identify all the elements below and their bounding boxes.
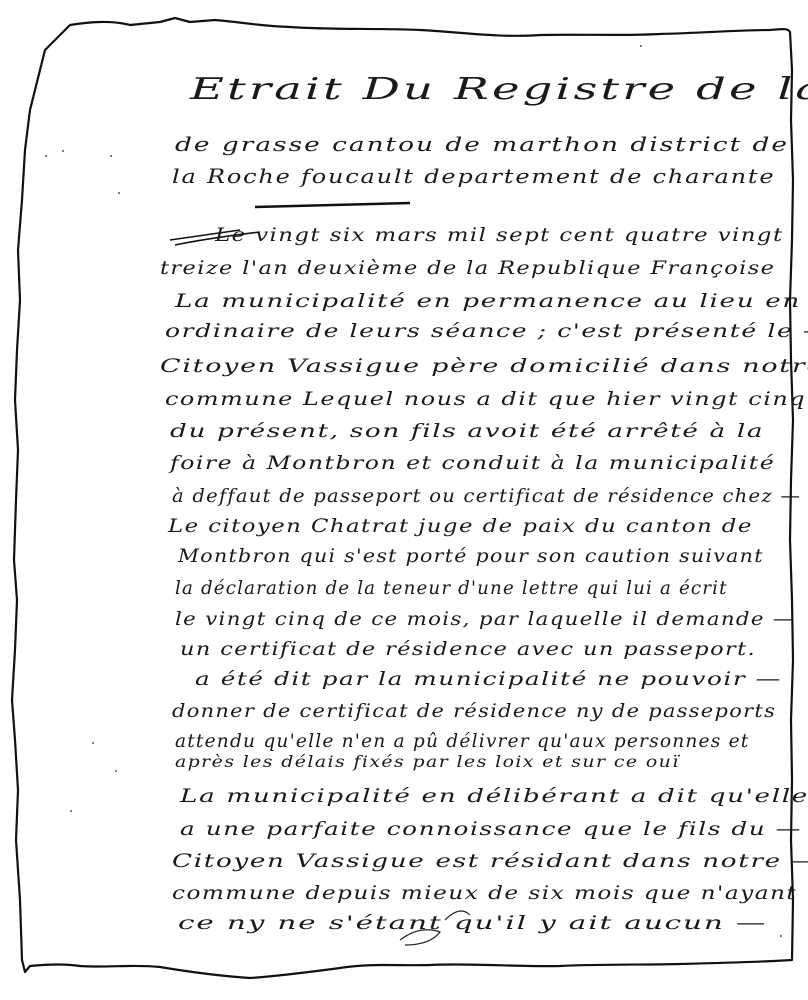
body-line-13: le vingt cinq de ce mois, par laquelle i… bbox=[175, 608, 796, 630]
body-line-10: Le citoyen Chatrat juge de paix du canto… bbox=[168, 515, 753, 537]
body-line-18: après les délais fixés par les loix et s… bbox=[175, 752, 680, 771]
paper-speck bbox=[45, 155, 47, 157]
body-line-12: la déclaration de la teneur d'une lettre… bbox=[175, 577, 728, 599]
body-line-20: a une parfaite connoissance que le fils … bbox=[180, 818, 802, 840]
document-title: Etrait Du Registre de la municipalité bbox=[190, 72, 808, 107]
body-line-19: La municipalité en délibérant a dit qu'e… bbox=[180, 785, 808, 807]
body-line-15: a été dit par la municipalité ne pouvoir… bbox=[195, 668, 782, 690]
body-line-6: commune Lequel nous a dit que hier vingt… bbox=[165, 388, 806, 410]
body-line-3: La municipalité en permanence au lieu en bbox=[175, 290, 801, 312]
paper-speck bbox=[118, 192, 120, 194]
paper-speck bbox=[115, 770, 117, 772]
body-line-17: attendu qu'elle n'en a pû délivrer qu'au… bbox=[175, 730, 749, 752]
body-line-9: à deffaut de passeport ou certificat de … bbox=[172, 485, 801, 507]
body-line-4: ordinaire de leurs séance ; c'est présen… bbox=[165, 320, 808, 342]
body-line-7: du présent, son fils avoit été arrêté à … bbox=[170, 420, 764, 442]
paper-speck bbox=[640, 45, 642, 47]
body-line-2: treize l'an deuxième de la Republique Fr… bbox=[160, 257, 775, 279]
body-line-23: ce ny ne s'étant qu'il y ait aucun — bbox=[178, 912, 767, 934]
body-line-11: Montbron qui s'est porté pour son cautio… bbox=[178, 545, 764, 567]
body-line-14: un certificat de résidence avec un passe… bbox=[180, 638, 756, 660]
paper-speck bbox=[62, 150, 64, 152]
body-line-16: donner de certificat de résidence ny de … bbox=[172, 700, 776, 722]
paper-speck bbox=[780, 935, 782, 937]
paper-speck bbox=[70, 810, 72, 812]
body-line-8: foire à Montbron et conduit à la municip… bbox=[170, 452, 775, 474]
paper-speck bbox=[110, 155, 112, 157]
manuscript-page: Etrait Du Registre de la municipalité de… bbox=[0, 0, 808, 1000]
header-line-2: de grasse cantou de marthon district de bbox=[175, 132, 789, 156]
paper-speck bbox=[92, 742, 94, 744]
body-line-1: Le vingt six mars mil sept cent quatre v… bbox=[215, 224, 784, 246]
body-line-21: Citoyen Vassigue est résidant dans notre… bbox=[172, 850, 808, 872]
header-line-3: la Roche foucault departement de charant… bbox=[172, 164, 775, 188]
body-line-22: commune depuis mieux de six mois que n'a… bbox=[172, 882, 797, 904]
body-line-5: Citoyen Vassigue père domicilié dans not… bbox=[160, 355, 808, 377]
